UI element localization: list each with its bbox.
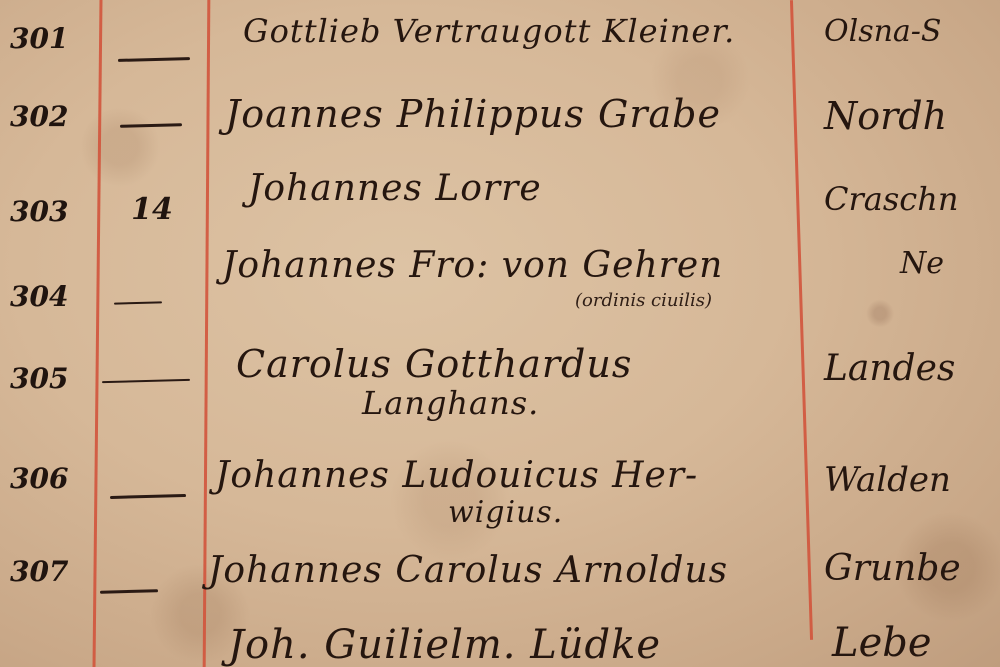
dash-mark [114,301,162,304]
entry-name: Gottlieb Vertraugott Kleiner. [243,12,735,50]
entry-origin: Grunbe [824,548,961,589]
dash-mark [118,57,190,62]
entry-origin: Ne [900,246,944,281]
dash-mark [120,123,182,128]
dash-mark [102,379,190,383]
entry-origin: Landes [824,348,955,389]
entry-number: 306 [10,462,90,495]
entry-name: Johannes Carolus Arnoldus [208,550,728,591]
red-rule-1 [93,0,103,667]
entry-name: Carolus Gotthardus [236,342,632,386]
entry-name: Joh. Guilielm. Lüdke [228,622,661,667]
entry-name: Johannes Lorre [248,168,542,209]
entry-origin: Nordh [824,94,947,138]
entry-number: 305 [10,362,90,395]
entry-number: 301 [10,22,90,55]
entry-number: 307 [10,555,90,588]
entry-number: 304 [10,280,90,313]
entry-name-continuation: wigius. [448,495,563,530]
entry-number: 302 [10,100,90,133]
entry-origin: Olsna-S [824,14,941,49]
entry-origin: Craschn [824,180,958,218]
entry-origin: Walden [824,460,951,500]
dash-mark [110,494,186,499]
entry-name: Johannes Ludouicus Her- [215,455,698,496]
entry-origin: Lebe [832,620,932,666]
entry-number: 303 [10,195,90,228]
entry-annotation: (ordinis ciuilis) [575,290,712,311]
tally-mark: 14 [112,192,192,227]
entry-name: Johannes Fro: von Gehren [222,245,723,286]
red-rule-3 [790,0,813,640]
dash-mark [100,589,158,594]
entry-name: Joannes Philippus Grabe [225,92,721,136]
entry-name-continuation: Langhans. [362,384,539,422]
